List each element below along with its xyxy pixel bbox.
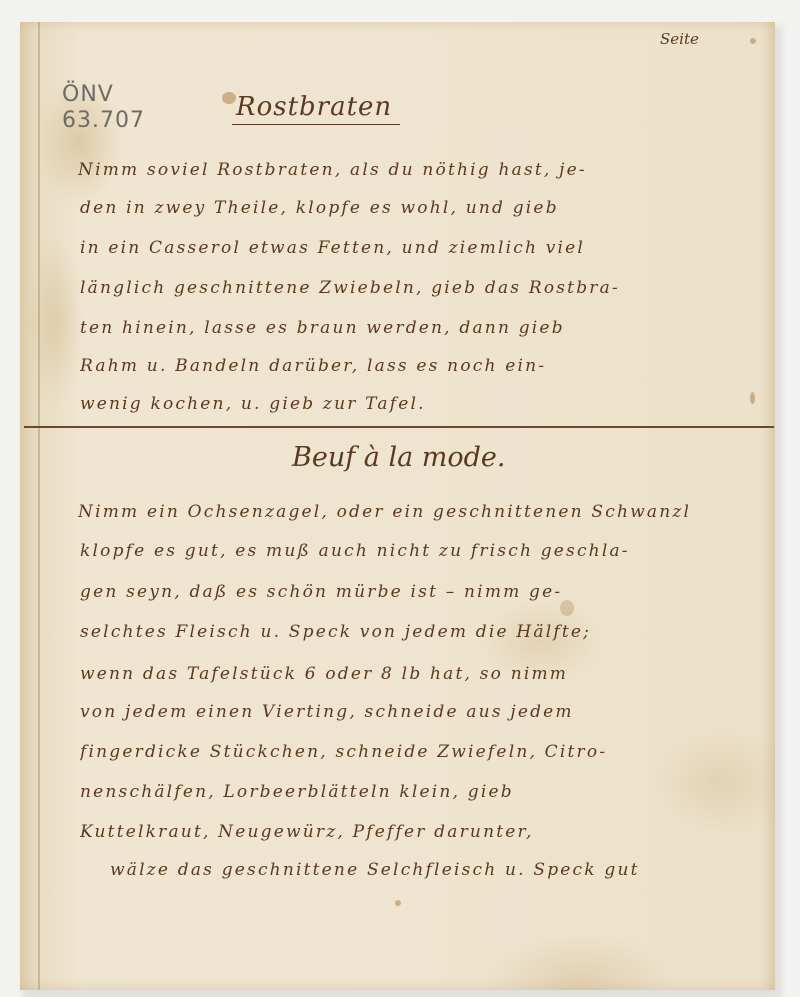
recipe-line: gen seyn, daß es schön mürbe ist – nimm … [80,582,760,602]
recipe-line: nenschälfen, Lorbeerblätteln klein, gieb [80,782,760,802]
recipe-line: wenn das Tafelstück 6 oder 8 lb hat, so … [80,664,760,684]
recipe-line: länglich geschnittene Zwiebeln, gieb das… [80,278,760,298]
shelfmark: ÖNV 63.707 [62,82,145,134]
recipe-line: in ein Casserol etwas Fetten, und ziemli… [80,238,760,258]
section-divider [24,426,774,428]
recipe-line: klopfe es gut, es muß auch nicht zu fris… [80,541,760,561]
recipe-line: Kuttelkraut, Neugewürz, Pfeffer darunter… [80,822,760,842]
binding-edge [38,22,40,990]
stain [395,900,401,906]
recipe-line: Rahm u. Bandeln darüber, lass es noch ei… [80,356,760,376]
recipe-line: wälze das geschnittene Selchfleisch u. S… [110,860,790,880]
stain [750,38,756,44]
recipe-line: wenig kochen, u. gieb zur Tafel. [80,394,760,414]
page-label: Seite [660,30,699,48]
shelfmark-line1: ÖNV [62,82,145,108]
recipe-title-rostbraten: Rostbraten [232,92,400,125]
recipe-line: Nimm soviel Rostbraten, als du nöthig ha… [78,160,758,180]
recipe-line: fingerdicke Stückchen, schneide Zwiefeln… [80,742,760,762]
stain [560,600,574,616]
recipe-line: ten hinein, lasse es braun werden, dann … [80,318,760,338]
recipe-line: von jedem einen Vierting, schneide aus j… [80,702,760,722]
shelfmark-line2: 63.707 [62,108,145,134]
recipe-line: selchtes Fleisch u. Speck von jedem die … [80,622,760,642]
recipe-line: den in zwey Theile, klopfe es wohl, und … [80,198,760,218]
recipe-title-beuf-a-la-mode: Beuf à la mode. [292,442,505,473]
recipe-line: Nimm ein Ochsenzagel, oder ein geschnitt… [78,502,758,522]
